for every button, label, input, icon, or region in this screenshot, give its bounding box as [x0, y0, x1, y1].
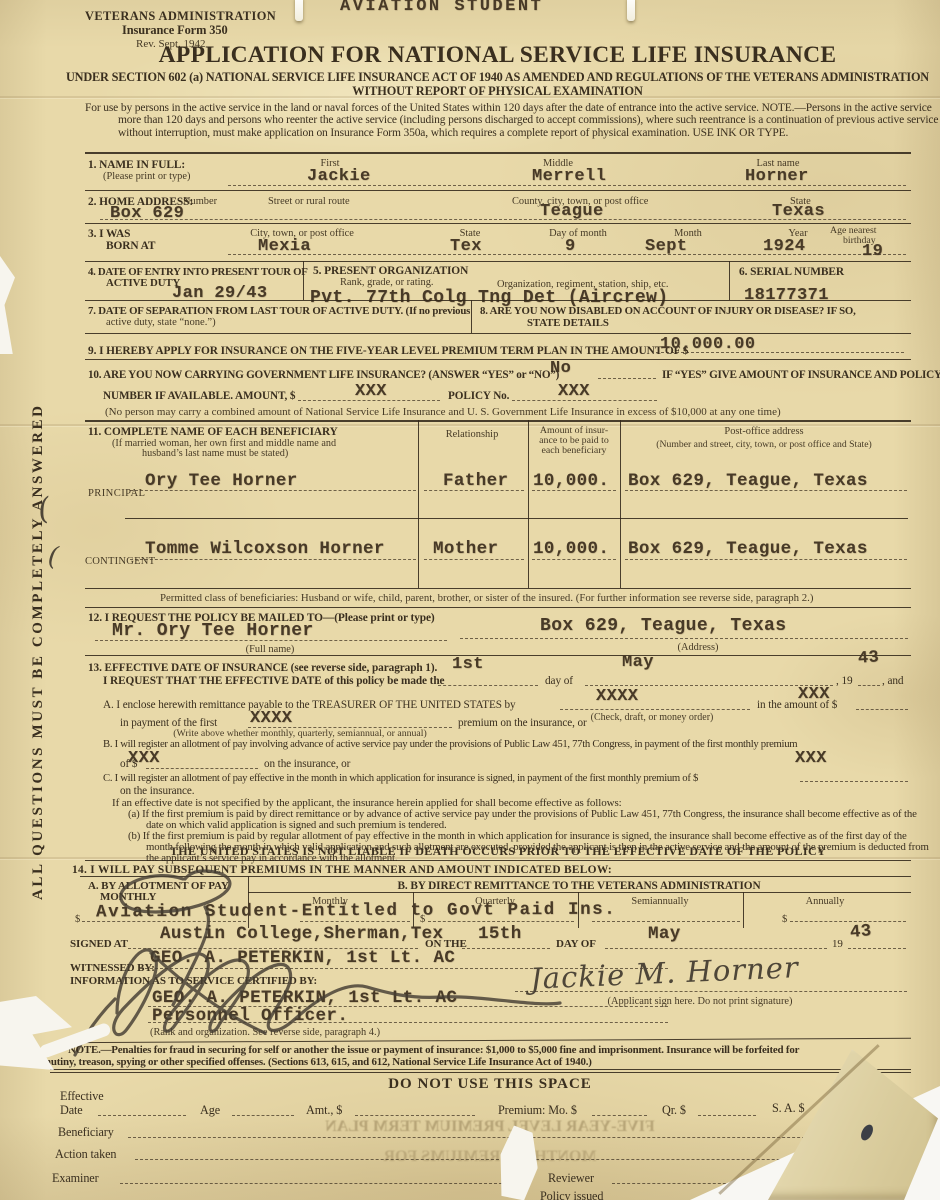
- action-taken-label: Action taken: [55, 1148, 116, 1162]
- rule: [85, 152, 911, 154]
- birth-year-value: 1924: [763, 238, 805, 255]
- dotted-line: [598, 378, 656, 379]
- middle-name-value: Merrell: [532, 168, 606, 185]
- policy-number-label: POLICY No.: [448, 390, 509, 403]
- dotted-line: [656, 352, 904, 353]
- dotted-line: [512, 400, 657, 401]
- column-divider: [729, 261, 730, 300]
- beneficiary-class-note: Permitted class of beneficiaries: Husban…: [160, 593, 813, 605]
- fraud-note-line1: NOTE.—Penalties for fraud in securing fo…: [68, 1044, 799, 1056]
- rule: [85, 359, 911, 360]
- subcol-annually: Annually: [806, 896, 845, 907]
- qr-label: Qr. $: [662, 1104, 686, 1118]
- table-divider: [528, 420, 529, 588]
- rule: [85, 655, 911, 656]
- field13b-label: B. I will register an allotment of pay i…: [103, 738, 797, 750]
- birth-city-value: Mexia: [258, 238, 311, 255]
- address-caption: (Address): [678, 642, 719, 653]
- dotted-line: [560, 709, 750, 710]
- check-draft-caption: (Check, draft, or money order): [591, 712, 714, 723]
- of-dollar-label: of $: [120, 758, 137, 771]
- rule: [85, 190, 911, 191]
- rule: [85, 607, 911, 608]
- field6-label: 6. SERIAL NUMBER: [739, 266, 844, 279]
- dotted-line: [95, 640, 447, 641]
- premium-mo-label: Premium: Mo. $: [498, 1104, 577, 1118]
- field5-label: 5. PRESENT ORGANIZATION: [313, 265, 468, 278]
- date-label: Date: [60, 1104, 83, 1118]
- form-subtitle: UNDER SECTION 602 (a) NATIONAL SERVICE L…: [60, 71, 935, 85]
- field13-request: I REQUEST THAT THE EFFECTIVE DATE of thi…: [103, 675, 444, 688]
- field1-label: 1. NAME IN FULL:: [88, 159, 185, 172]
- field13a-label: A. I enclose herewith remittance payable…: [103, 699, 516, 712]
- effective-day-value: 1st: [452, 656, 484, 673]
- on-insurance-label: on the insurance.: [120, 785, 194, 798]
- last-name-value: Horner: [745, 168, 809, 185]
- dotted-line: [625, 490, 907, 491]
- field11-label: 11. COMPLETE NAME OF EACH BENEFICIARY: [88, 426, 338, 439]
- side-margin-note: ALL QUESTIONS MUST BE COMPLETELY ANSWERE…: [30, 390, 47, 900]
- principal-amount: 10,000.: [533, 473, 609, 491]
- dotted-line: [592, 1115, 647, 1116]
- day-of-label: day of: [545, 675, 573, 688]
- form-subtitle-2: WITHOUT REPORT OF PHYSICAL EXAMINATION: [85, 85, 910, 99]
- fraud-note-line2: mutiny, treason, spying or other specifi…: [42, 1056, 592, 1068]
- dotted-line: [130, 559, 416, 560]
- field3-label: 3. I WAS: [88, 228, 130, 241]
- rule: [50, 1069, 911, 1070]
- contingent-address: Box 629, Teague, Texas: [628, 541, 868, 559]
- address-column-header: Post-office address: [724, 426, 803, 437]
- dotted-line: [438, 685, 538, 686]
- birth-state-value: Tex: [450, 238, 482, 255]
- staple-hole: [295, 0, 303, 21]
- age-value: 19: [862, 243, 883, 260]
- dotted-line: [130, 490, 416, 491]
- dotted-line: [424, 490, 524, 491]
- field10-label-b: IF “YES” GIVE AMOUNT OF INSURANCE AND PO…: [662, 369, 940, 382]
- effective-note-a: (a) If the first premium is paid by dire…: [128, 809, 930, 831]
- field7-label2: active duty, state “none.”): [106, 317, 216, 329]
- contingent-relationship: Mother: [433, 541, 498, 559]
- payment-first-x: XXXX: [250, 710, 292, 727]
- staple-hole: [627, 0, 635, 21]
- row-divider: [125, 518, 908, 519]
- column-divider: [303, 261, 304, 300]
- effective-year-value: 43: [857, 649, 879, 667]
- field10-note: (No person may carry a combined amount o…: [105, 406, 781, 418]
- beneficiary-label: Beneficiary: [58, 1126, 114, 1140]
- rule: [85, 333, 911, 334]
- examiner-label: Examiner: [52, 1172, 99, 1186]
- number-header: Number: [183, 196, 217, 207]
- amount-x-value: XXX: [355, 383, 387, 400]
- dotted-line: [532, 559, 616, 560]
- effective-label: Effective: [60, 1090, 104, 1104]
- rule: [85, 588, 911, 589]
- amt-label: Amt., $: [306, 1104, 342, 1118]
- dotted-line: [228, 254, 906, 255]
- and-label: , and: [882, 675, 903, 688]
- witness-signature-scrawl: [55, 855, 655, 1060]
- first-name-value: Jackie: [307, 168, 371, 185]
- field13-label: 13. EFFECTIVE DATE OF INSURANCE (see rev…: [88, 662, 437, 675]
- monthly-premium-x: XXX: [795, 750, 827, 767]
- column-divider: [743, 892, 744, 928]
- field8-label: 8. ARE YOU NOW DISABLED ON ACCOUNT OF IN…: [480, 305, 856, 317]
- principal-address: Box 629, Teague, Texas: [628, 473, 868, 491]
- state-value: Texas: [772, 203, 825, 220]
- rank-header: Rank, grade, or rating.: [340, 277, 434, 288]
- on-insurance-or-label: on the insurance, or: [264, 758, 350, 771]
- serial-number-value: 18177371: [744, 287, 829, 304]
- form-title: APPLICATION FOR NATIONAL SERVICE LIFE IN…: [85, 42, 910, 68]
- field7-label: 7. DATE OF SEPARATION FROM LAST TOUR OF …: [88, 305, 470, 317]
- birth-day-value: 9: [565, 238, 576, 255]
- dotted-line: [532, 490, 616, 491]
- dotted-line: [100, 219, 906, 220]
- dotted-line: [424, 559, 524, 560]
- dotted-line: [146, 768, 258, 769]
- column-divider: [471, 300, 472, 333]
- rule: [50, 1072, 911, 1073]
- birth-day-header: Day of month: [549, 228, 607, 239]
- dollar-sign-annually: $: [782, 914, 787, 926]
- agency-name: VETERANS ADMINISTRATION: [85, 10, 276, 24]
- dotted-line: [98, 1115, 186, 1116]
- birth-month-value: Sept: [645, 238, 687, 255]
- age-label: Age: [200, 1104, 220, 1118]
- remittance-x: XXXX: [596, 688, 638, 705]
- amount-column-header-3: each beneficiary: [542, 446, 607, 457]
- intro-paragraph: For use by persons in the active service…: [85, 102, 940, 139]
- dotted-line: [298, 400, 440, 401]
- scanned-form-page: AVIATION STUDENT VETERANS ADMINISTRATION…: [0, 0, 940, 1200]
- edge-tear: [0, 256, 15, 354]
- dotted-line: [698, 1115, 756, 1116]
- sa-label: S. A. $: [772, 1102, 805, 1116]
- amount-of-label: in the amount of $: [757, 699, 837, 712]
- county-value: Teague: [540, 203, 604, 220]
- dotted-line: [800, 781, 908, 782]
- field4-label2: ACTIVE DUTY: [106, 277, 180, 289]
- contingent-amount: 10,000.: [533, 541, 609, 559]
- dotted-line: [355, 1115, 475, 1116]
- policy-issued-label: Policy issued: [540, 1190, 603, 1200]
- full-name-caption: (Full name): [246, 644, 295, 655]
- field10-amount-label: NUMBER IF AVAILABLE. AMOUNT, $: [103, 390, 295, 403]
- mail-to-address: Box 629, Teague, Texas: [540, 617, 786, 635]
- dotted-line: [848, 948, 906, 949]
- dotted-line: [585, 685, 833, 686]
- year-19-label: , 19: [836, 675, 853, 688]
- field1-sublabel: (Please print or type): [103, 171, 190, 182]
- dotted-line: [858, 685, 880, 686]
- dotted-line: [232, 1115, 294, 1116]
- insurance-amount-value: 10,000.00: [660, 336, 755, 353]
- dotted-line: [790, 921, 906, 922]
- table-divider: [418, 420, 419, 588]
- street-header: Street or rural route: [268, 196, 350, 207]
- principal-relationship: Father: [443, 473, 508, 491]
- principal-name: Ory Tee Horner: [145, 473, 298, 491]
- form-number: Insurance Form 350: [122, 24, 228, 38]
- dotted-line: [856, 709, 908, 710]
- reviewer-label: Reviewer: [548, 1172, 594, 1186]
- dotted-line: [625, 559, 907, 560]
- mail-to-name: Mr. Ory Tee Horner: [112, 622, 314, 640]
- bleedthrough-text-2: MONTHLY PREMIUMS FOR: [280, 1148, 700, 1166]
- premium-on-label: premium on the insurance, or: [458, 717, 587, 730]
- pen-mark: (: [46, 542, 59, 573]
- field3-label2: BORN AT: [106, 240, 155, 253]
- signed-year-value: 43: [849, 923, 872, 942]
- effective-month-value: May: [622, 654, 654, 671]
- rule: [85, 261, 911, 262]
- field11-sub2: husband’s last name must be stated): [142, 448, 288, 459]
- contingent-name: Tomme Wilcoxson Horner: [145, 541, 385, 559]
- address-column-subheader: (Number and street, city, town, or post …: [656, 440, 871, 451]
- table-divider: [620, 420, 621, 588]
- rule: [85, 223, 911, 224]
- bleedthrough-text: FIVE-YEAR LEVEL PREMIUM TERM PLAN: [250, 1118, 730, 1136]
- field8-label2: STATE DETAILS: [527, 317, 609, 329]
- field10-label: 10. ARE YOU NOW CARRYING GOVERNMENT LIFE…: [88, 369, 559, 382]
- dotted-line: [460, 638, 908, 639]
- field9-label: 9. I HEREBY APPLY FOR INSURANCE ON THE F…: [88, 345, 688, 358]
- relationship-column-header: Relationship: [446, 429, 499, 440]
- aviation-student-stamp: AVIATION STUDENT: [340, 0, 543, 15]
- field13c-label: C. I will register an allotment of pay e…: [103, 772, 698, 784]
- rule: [85, 300, 911, 301]
- dotted-line: [228, 185, 906, 186]
- policy-x-value: XXX: [558, 383, 590, 400]
- do-not-use-title: DO NOT USE THIS SPACE: [85, 1076, 895, 1093]
- dotted-line: [120, 1183, 502, 1184]
- year-19-label-2: 19: [832, 938, 843, 950]
- rule: [85, 420, 911, 422]
